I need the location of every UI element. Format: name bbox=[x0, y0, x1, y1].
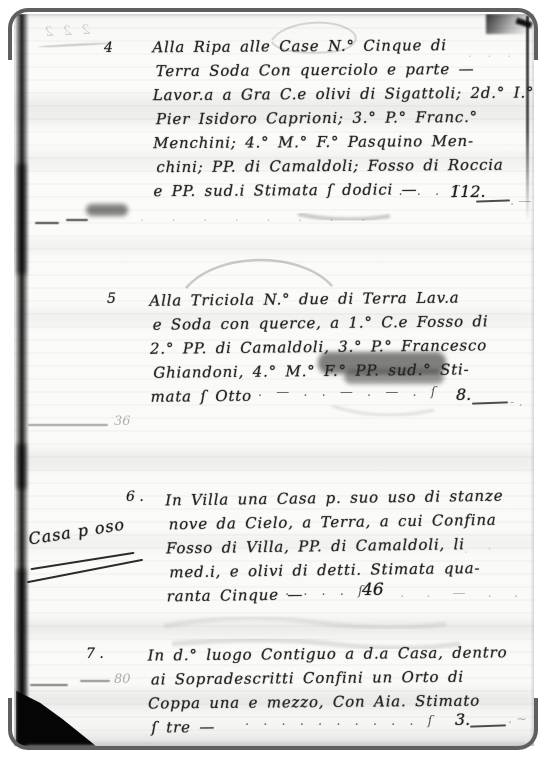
faint-dash bbox=[80, 680, 110, 682]
entry-number: 7 . bbox=[86, 646, 104, 662]
rounded-frame-top bbox=[8, 8, 538, 60]
scan-streak bbox=[14, 450, 534, 470]
flourish-echo-under-8 bbox=[332, 406, 434, 415]
entry-line: Terra Soda Con querciolo e parte — bbox=[156, 57, 493, 83]
entry-number: 5 bbox=[107, 291, 116, 307]
rounded-frame-bottom bbox=[8, 698, 538, 750]
faint-dash bbox=[66, 219, 88, 221]
scan-page: 2 2 2 . . . . . . . . . . . . — - . 36 .… bbox=[14, 14, 534, 746]
entry-line: Pier Isidoro Caprioni; 3.° P.° Franc.° bbox=[156, 105, 493, 131]
scan-streak bbox=[14, 240, 534, 253]
entry-line: e Soda con querce, a 1.° C.e Fosso di bbox=[153, 309, 490, 337]
entry-line: Alla Triciola N.° due di Terra Lav.a bbox=[149, 285, 489, 313]
ink-smudge bbox=[86, 204, 128, 216]
faint-dash bbox=[28, 424, 108, 426]
mark-after-112: . — bbox=[510, 194, 531, 209]
bleed-number-80: 80 bbox=[114, 672, 131, 687]
entry-line: ai Sopradescritti Confini un Orto di bbox=[151, 665, 488, 692]
margin-note-flourish bbox=[30, 552, 134, 570]
entry-line: Menchini; 4.° M.° F.° Pasquino Men- bbox=[153, 129, 493, 155]
faint-dash bbox=[30, 684, 68, 686]
entry-line: 2.° PP. di Camaldoli, 3.° P.° Francesco bbox=[150, 333, 490, 361]
mark-after-8: - . bbox=[510, 395, 523, 410]
entry-line: Lavor.a a Gra C.e olivi di Sigattoli; 2d… bbox=[153, 81, 493, 107]
entry-line: Ghiandoni, 4.° M.° F.° PP. sud.° Sti- bbox=[153, 357, 490, 385]
amount-value: 112. bbox=[450, 182, 486, 201]
dotted-leader: . . . . . ſ bbox=[362, 184, 463, 199]
flourish-above-entry5 bbox=[186, 260, 332, 288]
amount-value: 46 bbox=[362, 580, 384, 600]
amount-value: 8. bbox=[456, 385, 471, 404]
entry-line: In d.° luogo Contiguo a d.a Casa, dentro bbox=[148, 641, 488, 668]
amount-dash bbox=[476, 199, 510, 202]
entry-line: med.i, e olivi di detti. Stimata qua- bbox=[169, 556, 506, 585]
faint-dots-row: . . . . . . . . bbox=[140, 210, 377, 224]
faint-dash bbox=[35, 222, 59, 224]
entry-number: 6 . bbox=[126, 489, 144, 505]
gutter-dark-knot bbox=[17, 164, 26, 274]
dotted-leader: . . . . ſ bbox=[285, 584, 368, 599]
gutter-dark-knot bbox=[17, 444, 26, 489]
bleed-number-36: 36 bbox=[114, 414, 131, 429]
entry-line: chini; PP. di Camaldoli; Fosso di Roccia bbox=[156, 153, 493, 179]
scanned-manuscript-page: 2 2 2 . . . . . . . . . . . . — - . 36 .… bbox=[0, 0, 548, 760]
margin-note-flourish bbox=[27, 559, 143, 583]
dotted-leader: . — . . — . — . ſ bbox=[258, 385, 441, 400]
scan-streak bbox=[14, 620, 534, 636]
